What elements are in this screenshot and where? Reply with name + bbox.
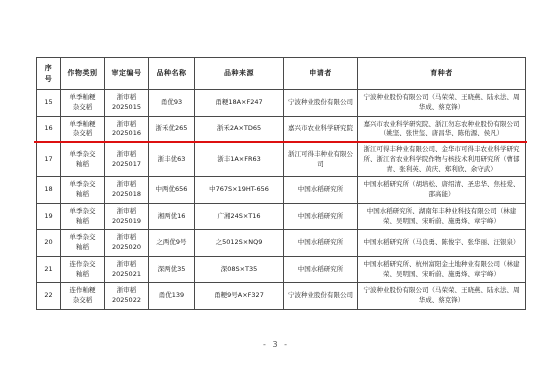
cell-applicant: 中国水稻研究所 [284,256,358,283]
header-breeder: 育种者 [358,58,526,90]
table-body: 15 单季籼粳 杂交稻 浙审稻 2025015 甬优93 甬粳18A×F247 … [37,90,526,310]
cell-approval-number: 浙审稻 2025021 [105,256,149,283]
cell-variety-source: 广湘24S×T16 [195,203,284,230]
cell-variety-name: 甬优139 [149,283,195,310]
cell-approval-number: 浙审稻 2025020 [105,230,149,257]
cell-breeder: 嘉兴市农业科学研究院、浙江勿忘农种业股份有限公司（姚坚、张世玺、唐昌华、陈佑源、… [358,116,526,143]
cell-serial-number: 21 [37,256,61,283]
footer-page-number: - 3 - [0,340,552,349]
cell-variety-name: 之两优9号 [149,230,195,257]
table-row: 15 单季籼粳 杂交稻 浙审稻 2025015 甬优93 甬粳18A×F247 … [37,90,526,117]
cell-serial-number: 16 [37,116,61,143]
table-header-row: 序 号 作物类别 审定编号 品种名称 品种来源 申请者 育种者 [37,58,526,90]
cell-serial-number: 15 [37,90,61,117]
cell-serial-number: 17 [37,143,61,177]
cell-breeder: 中国水稻研究所、湖南年丰种业科技有限公司（林建荣、吴明国、宋昕蔚、施勇烽、章宇峰… [358,203,526,230]
header-approval-number: 审定编号 [105,58,149,90]
table-row: 18 单季杂交 籼稻 浙审稻 2025018 中两优656 中767S×19HT… [37,177,526,204]
header-serial-number: 序 号 [37,58,61,90]
cell-breeder: 中国水稻研究所（马良勇、陈俊宇、张华丽、汪银泉） [358,230,526,257]
cell-variety-source: 浙丰1A×FR63 [195,143,284,177]
cell-breeder: 宁波种业股份有限公司（马荣荣、王晓燕、陆永法、周华成、蔡克锋） [358,90,526,117]
cell-crop-category: 单季杂交 籼稻 [61,203,105,230]
header-variety-name: 品种名称 [149,58,195,90]
table-row: 22 连作籼粳 杂交稻 浙审稻 2025022 甬优139 甬粳9号A×F327… [37,283,526,310]
cell-serial-number: 18 [37,177,61,204]
cell-variety-source: 之5012S×NQ9 [195,230,284,257]
cell-variety-source: 浙禾2A×TD65 [195,116,284,143]
header-crop-category: 作物类别 [61,58,105,90]
cell-approval-number: 浙审稻 2025017 [105,143,149,177]
cell-variety-name: 中两优656 [149,177,195,204]
header-applicant: 申请者 [284,58,358,90]
cell-applicant: 宁波种业股份有限公司 [284,90,358,117]
cell-crop-category: 连作籼粳 杂交稻 [61,283,105,310]
cell-breeder: 浙江可得丰种业有限公司、金华市可得丰农业科学研究所、浙江省农业科学院作物与核技术… [358,143,526,177]
cell-crop-category: 单季杂交 籼稻 [61,143,105,177]
rice-variety-approval-table: 序 号 作物类别 审定编号 品种名称 品种来源 申请者 育种者 15 单季籼粳 … [36,57,526,310]
cell-applicant: 中国水稻研究所 [284,230,358,257]
cell-variety-name: 甬优93 [149,90,195,117]
cell-crop-category: 单季籼粳 杂交稻 [61,116,105,143]
cell-serial-number: 20 [37,230,61,257]
cell-approval-number: 浙审稻 2025022 [105,283,149,310]
table-row: 16 单季籼粳 杂交稻 浙审稻 2025016 浙禾优265 浙禾2A×TD65… [37,116,526,143]
cell-applicant: 浙江可得丰种业有限公司 [284,143,358,177]
cell-variety-name: 深两优35 [149,256,195,283]
cell-approval-number: 浙审稻 2025016 [105,116,149,143]
document-page: 序 号 作物类别 审定编号 品种名称 品种来源 申请者 育种者 15 单季籼粳 … [0,0,552,388]
header-variety-source: 品种来源 [195,58,284,90]
cell-crop-category: 单季杂交 籼稻 [61,177,105,204]
cell-breeder: 中国水稻研究所、杭州富阳金土地种业有限公司（林建荣、吴明国、宋昕蔚、施勇烽、章宇… [358,256,526,283]
cell-approval-number: 浙审稻 2025019 [105,203,149,230]
red-underline-annotation [34,141,527,143]
cell-breeder: 宁波种业股份有限公司（马荣荣、王晓燕、陆永法、周华成、蔡克锋） [358,283,526,310]
cell-variety-source: 深08S×T35 [195,256,284,283]
cell-approval-number: 浙审稻 2025018 [105,177,149,204]
cell-variety-source: 甬粳9号A×F327 [195,283,284,310]
cell-serial-number: 19 [37,203,61,230]
cell-crop-category: 单季杂交 籼稻 [61,230,105,257]
cell-crop-category: 连作杂交 籼稻 [61,256,105,283]
cell-applicant: 宁波种业股份有限公司 [284,283,358,310]
cell-variety-name: 浙禾优265 [149,116,195,143]
cell-crop-category: 单季籼粳 杂交稻 [61,90,105,117]
cell-variety-name: 湘两优16 [149,203,195,230]
cell-variety-source: 中767S×19HT-656 [195,177,284,204]
cell-variety-name: 浙丰优63 [149,143,195,177]
cell-serial-number: 22 [37,283,61,310]
cell-applicant: 中国水稻研究所 [284,203,358,230]
cell-approval-number: 浙审稻 2025015 [105,90,149,117]
table-row: 19 单季杂交 籼稻 浙审稻 2025019 湘两优16 广湘24S×T16 中… [37,203,526,230]
table-row: 17 单季杂交 籼稻 浙审稻 2025017 浙丰优63 浙丰1A×FR63 浙… [37,143,526,177]
table-row: 20 单季杂交 籼稻 浙审稻 2025020 之两优9号 之5012S×NQ9 … [37,230,526,257]
cell-variety-source: 甬粳18A×F247 [195,90,284,117]
cell-applicant: 嘉兴市农业科学研究院 [284,116,358,143]
cell-breeder: 中国水稻研究所（胡培松、唐绍清、圣忠华、焦桂爱、邵高能） [358,177,526,204]
table-row: 21 连作杂交 籼稻 浙审稻 2025021 深两优35 深08S×T35 中国… [37,256,526,283]
cell-applicant: 中国水稻研究所 [284,177,358,204]
